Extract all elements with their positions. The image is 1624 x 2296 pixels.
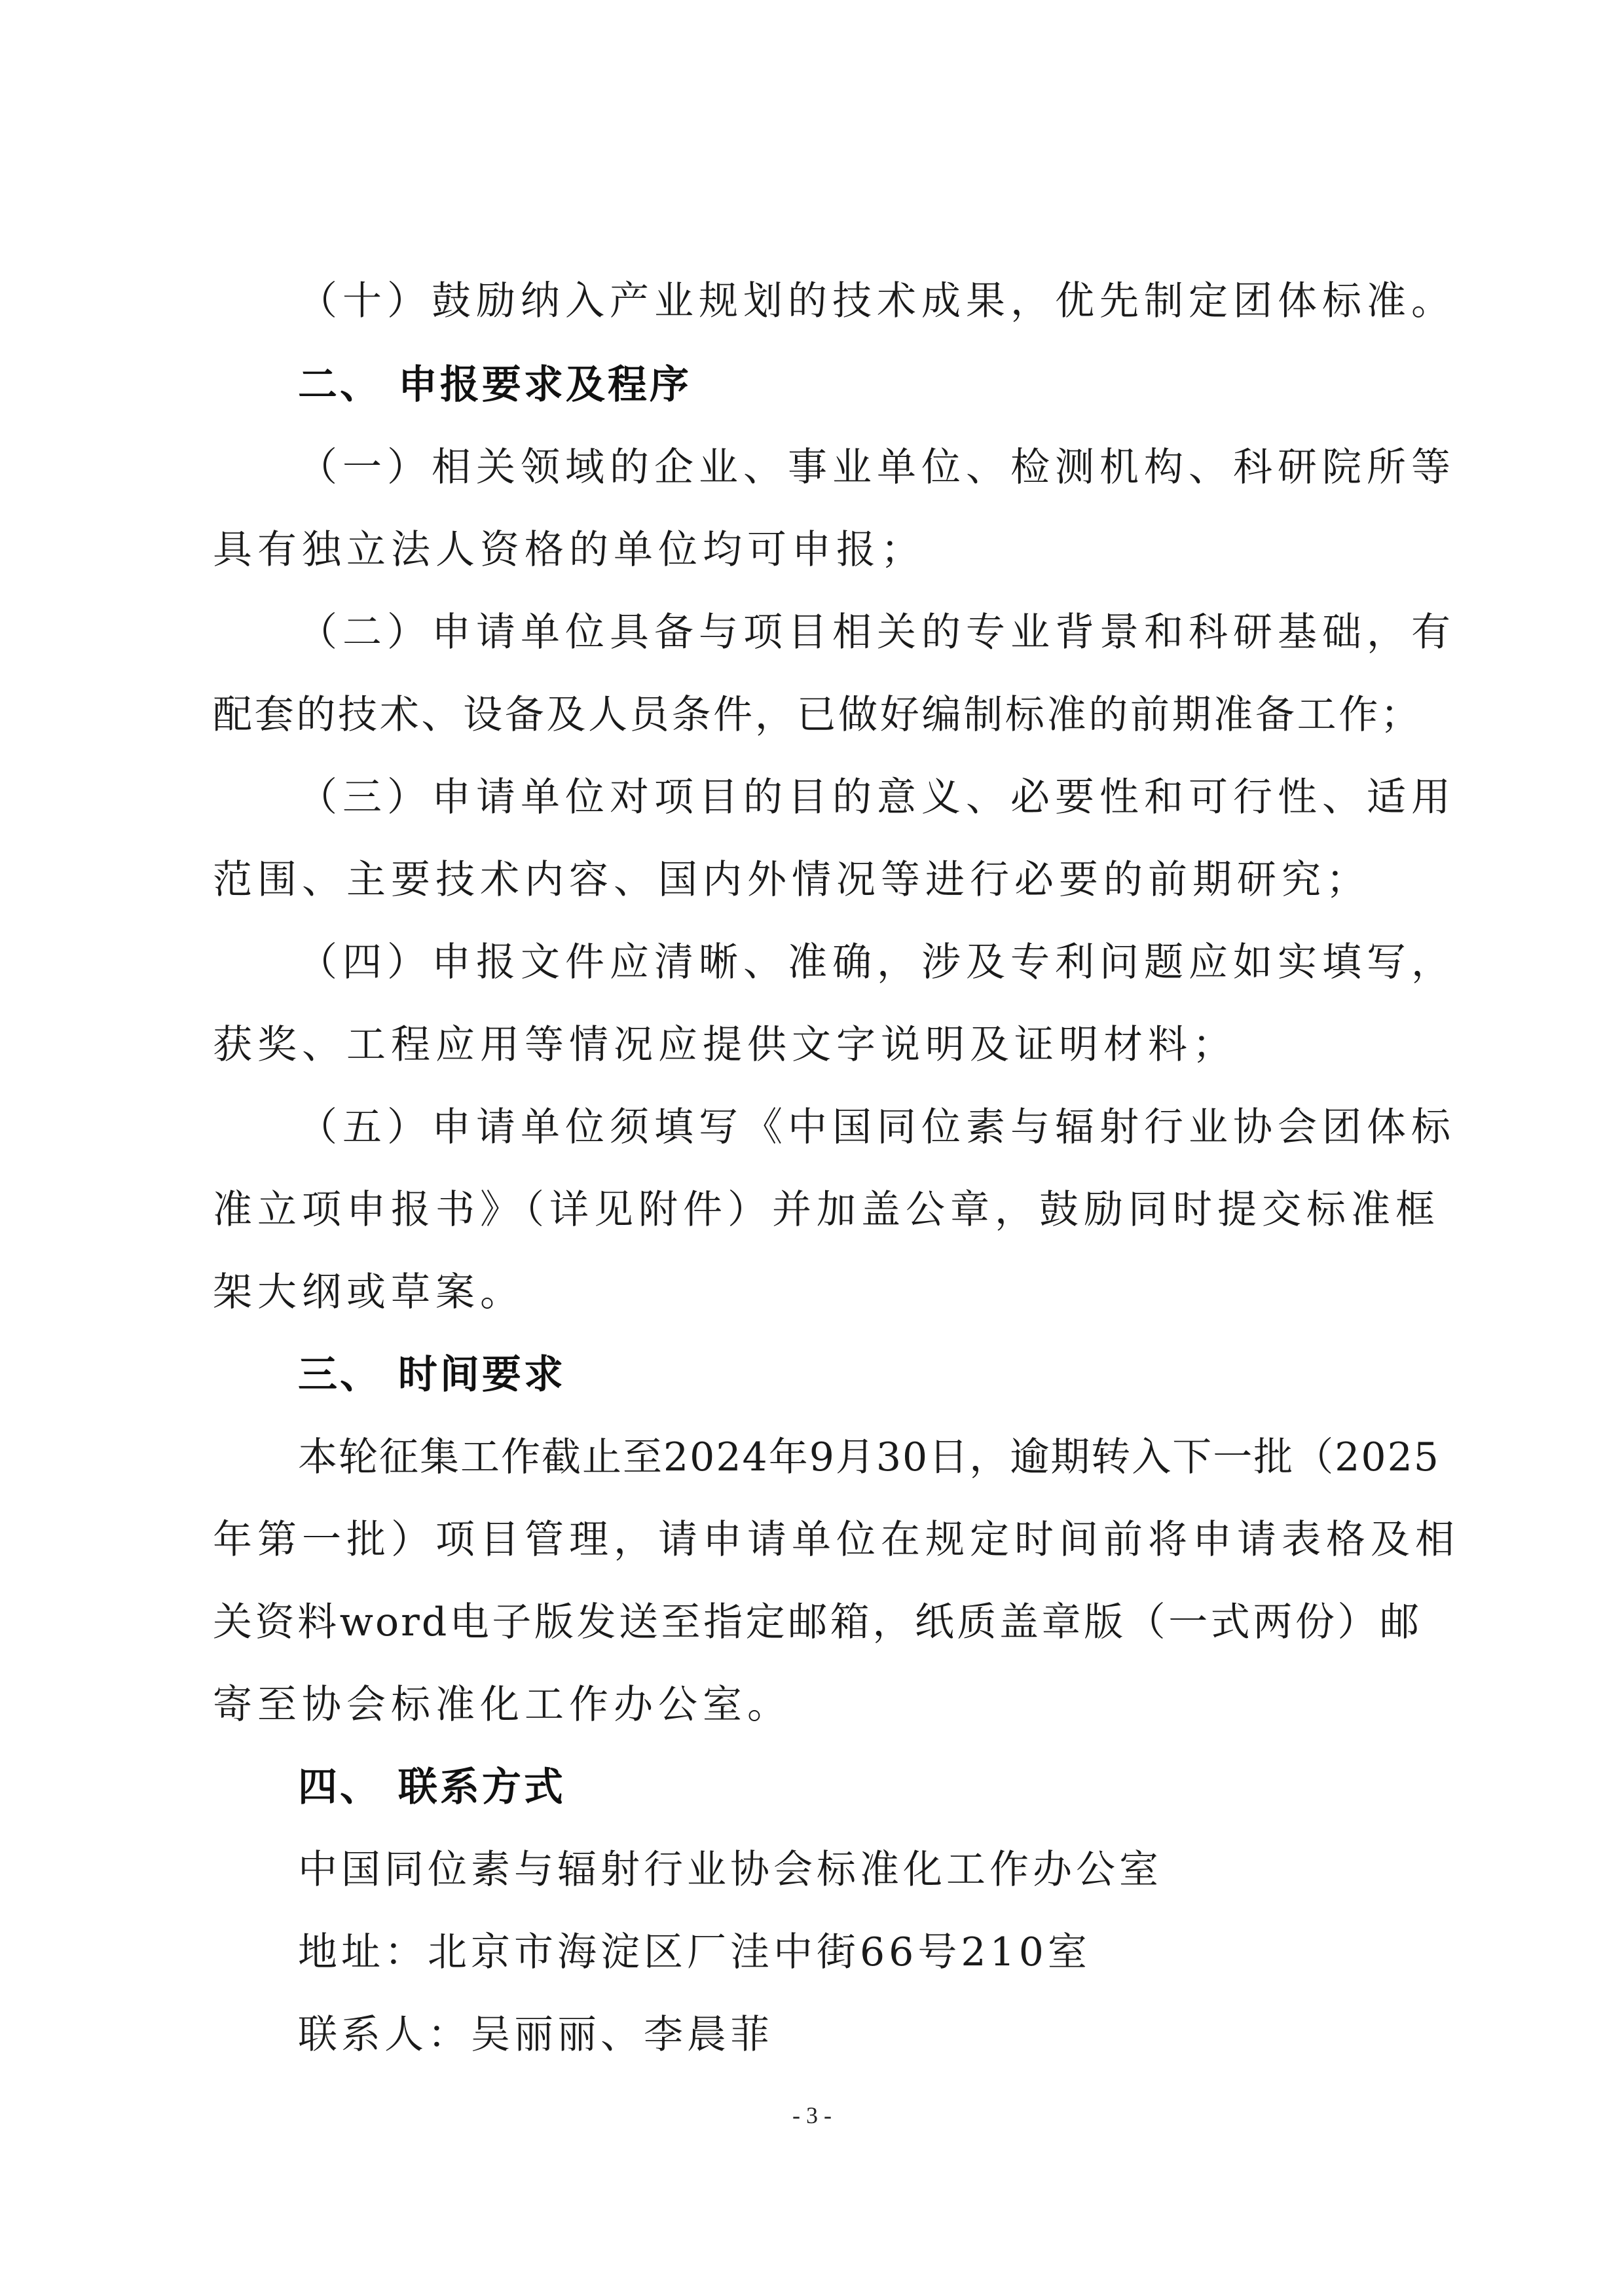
section-three-line-2: 年第一批）项目管理，请申请单位在规定时间前将申请表格及相	[213, 1514, 1421, 1566]
paragraph-item-3-line-2: 范围、主要技术内容、国内外情况等进行必要的前期研究；	[213, 854, 1421, 906]
page-number: - 3 -	[0, 2102, 1624, 2129]
paragraph-item-5-line-2: 准立项申报书》（详见附件）并加盖公章，鼓励同时提交标准框	[213, 1184, 1421, 1236]
section-three-line-4: 寄至协会标准化工作办公室。	[213, 1679, 1421, 1731]
paragraph-item-2-line-2: 配套的技术、设备及人员条件，已做好编制标准的前期准备工作；	[213, 689, 1421, 741]
paragraph-item-1-line-2: 具有独立法人资格的单位均可申报；	[213, 524, 1421, 576]
paragraph-item-1-line-1: （一）相关领域的企业、事业单位、检测机构、科研院所等	[298, 441, 1421, 494]
section-four-heading: 四、 联系方式	[298, 1761, 566, 1813]
paragraph-item-ten: （十）鼓励纳入产业规划的技术成果，优先制定团体标准。	[298, 275, 1421, 327]
section-two-heading: 二、 申报要求及程序	[298, 359, 692, 411]
paragraph-item-5-line-3: 架大纲或草案。	[213, 1266, 1421, 1319]
contact-office: 中国同位素与辐射行业协会标准化工作办公室	[298, 1844, 1421, 1896]
section-three-line-3: 关资料word电子版发送至指定邮箱，纸质盖章版（一式两份）邮	[213, 1596, 1421, 1649]
paragraph-item-4-line-1: （四）申报文件应清晰、准确，涉及专利问题应如实填写，	[298, 936, 1421, 989]
contact-address: 地址：北京市海淀区厂洼中街66号210室	[298, 1926, 1421, 1978]
paragraph-item-3-line-1: （三）申请单位对项目的目的意义、必要性和可行性、适用	[298, 771, 1421, 824]
section-three-heading: 三、 时间要求	[298, 1349, 566, 1401]
document-page: （十）鼓励纳入产业规划的技术成果，优先制定团体标准。 二、 申报要求及程序 （一…	[0, 0, 1624, 2296]
paragraph-item-2-line-1: （二）申请单位具备与项目相关的专业背景和科研基础，有	[298, 606, 1421, 659]
contact-persons: 联系人：吴丽丽、李晨菲	[298, 2009, 1421, 2061]
section-three-line-1: 本轮征集工作截止至2024年9月30日，逾期转入下一批（2025	[298, 1431, 1421, 1484]
paragraph-item-4-line-2: 获奖、工程应用等情况应提供文字说明及证明材料；	[213, 1019, 1421, 1071]
paragraph-item-5-line-1: （五）申请单位须填写《中国同位素与辐射行业协会团体标	[298, 1101, 1421, 1154]
